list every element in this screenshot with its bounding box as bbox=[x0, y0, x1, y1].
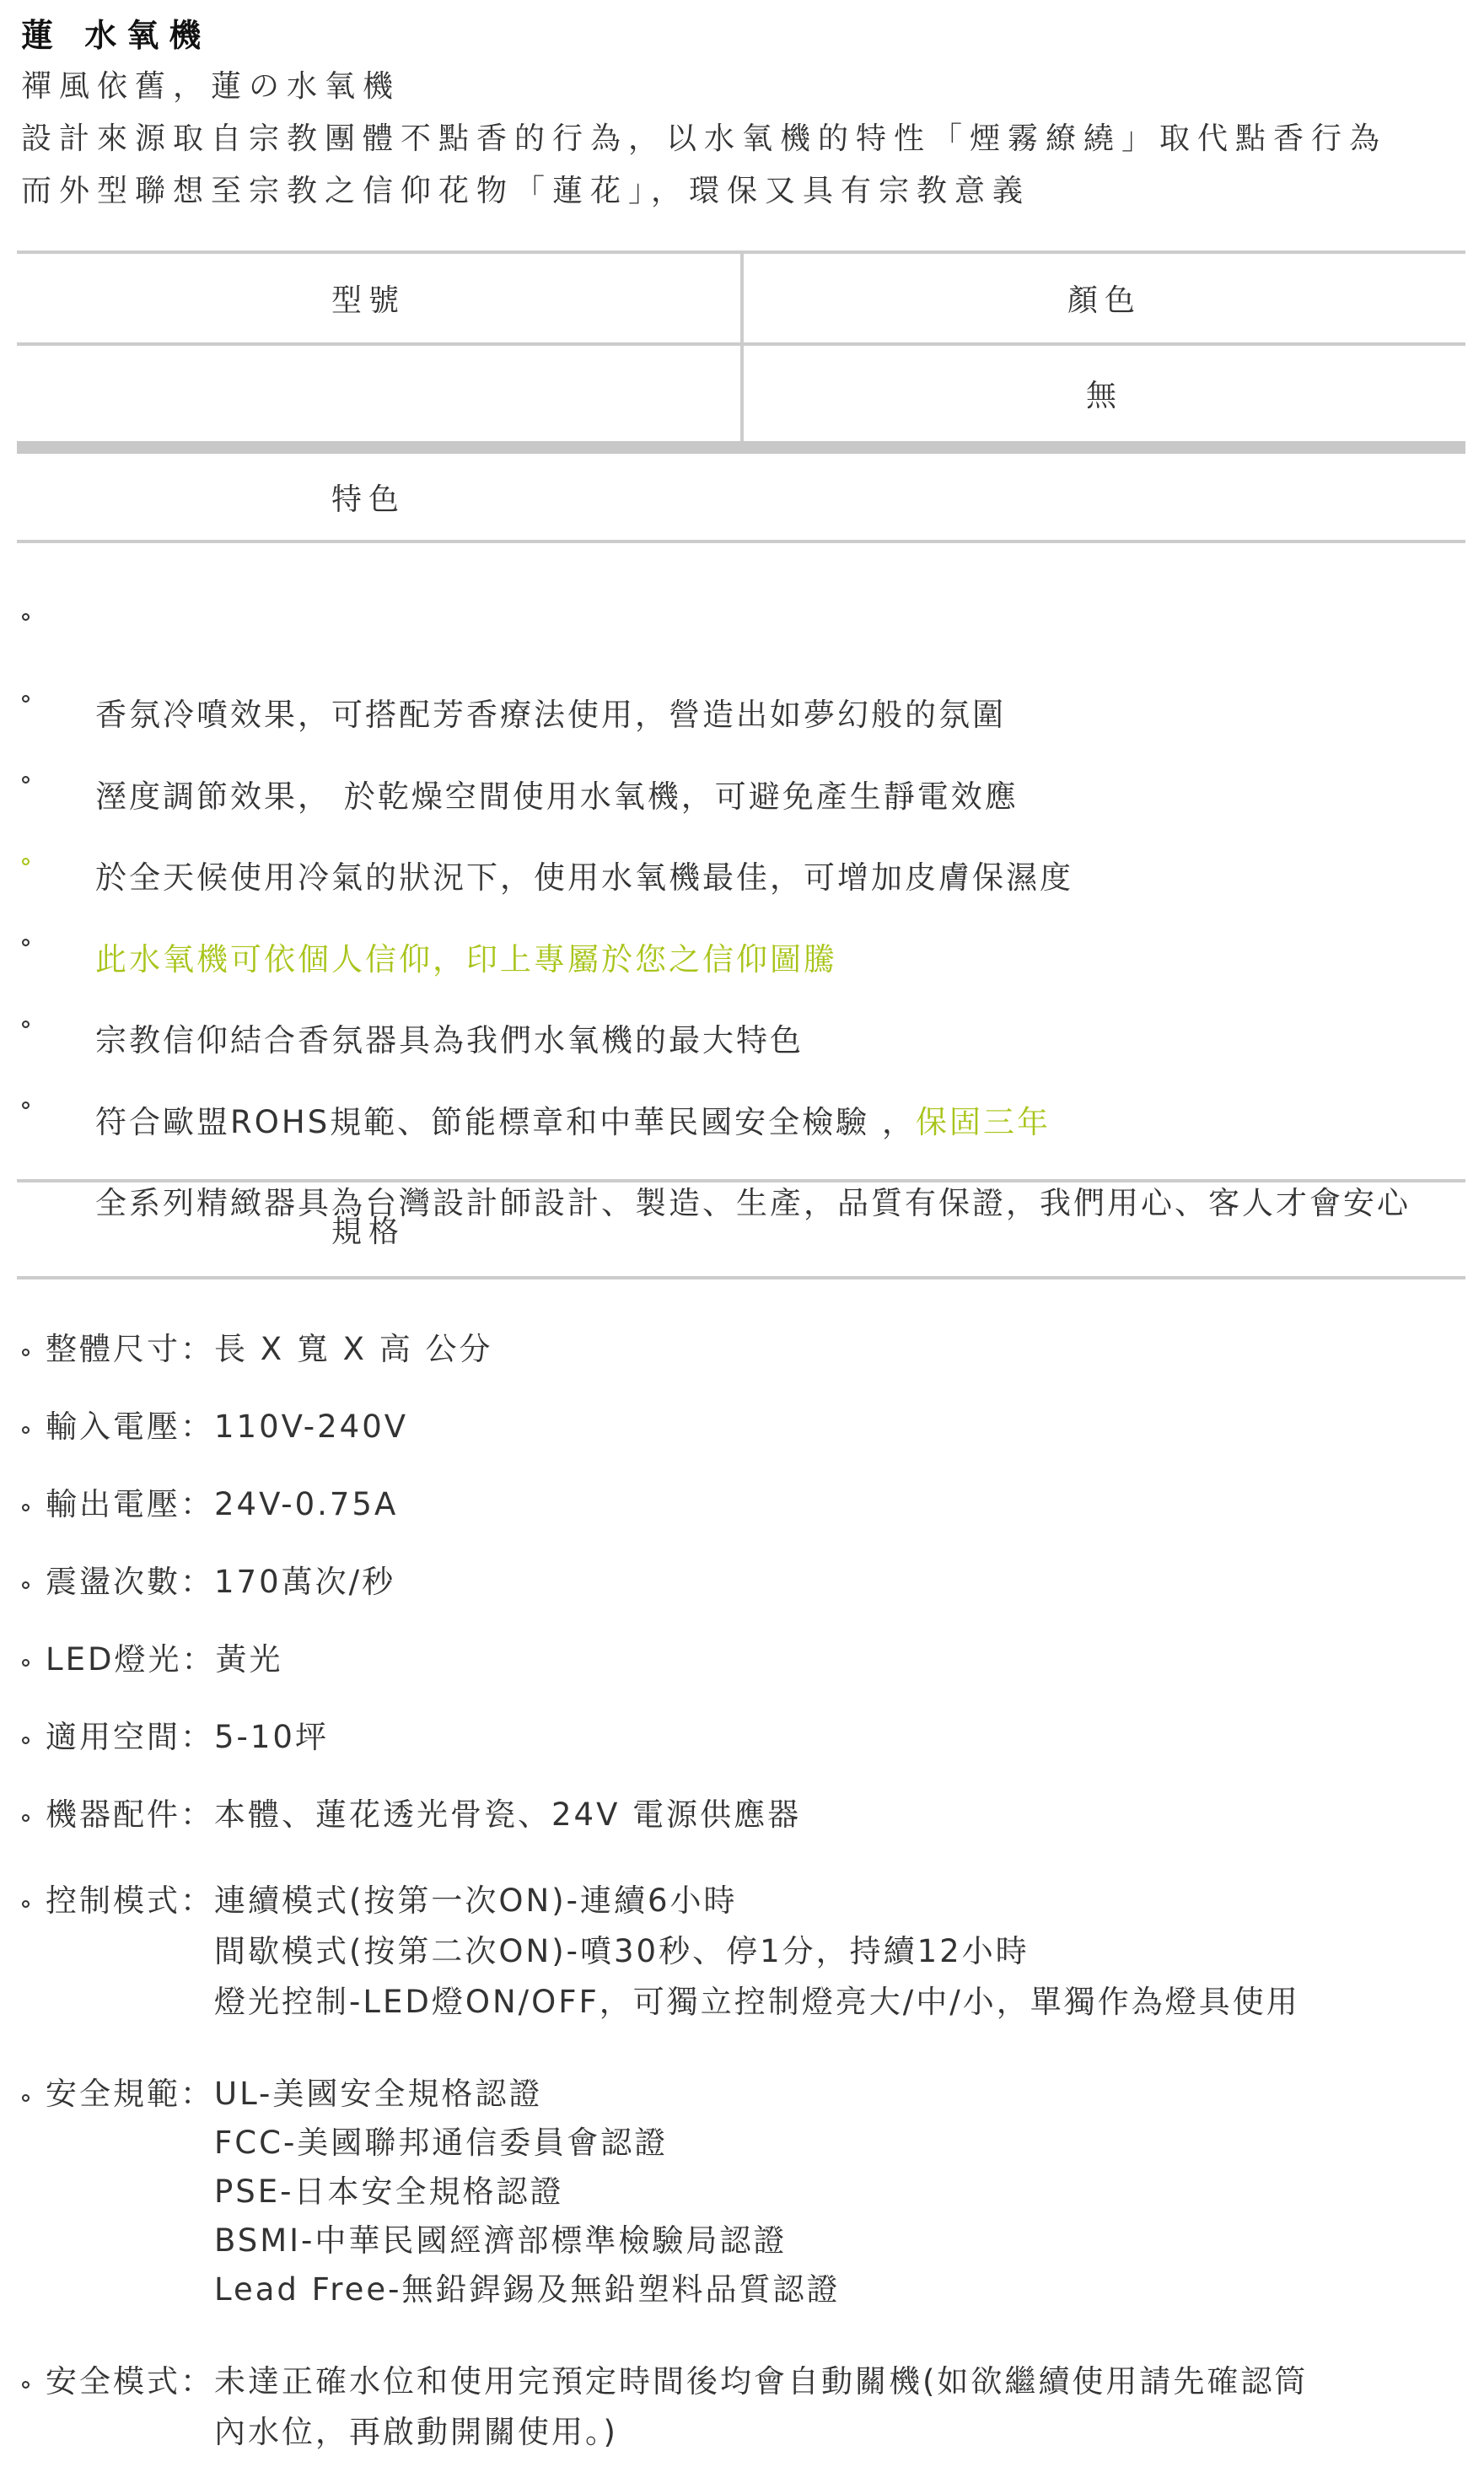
spec-item-accessories: 機器配件： 本體、蓮花透光骨瓷、24V 電源供應器 bbox=[17, 1790, 1465, 1840]
table-header-row: 型號 顏色 bbox=[17, 254, 1465, 342]
spec-value: 未達正確水位和使用完預定時間後均會自動關機(如欲繼續使用請先確認筒 bbox=[214, 2357, 1308, 2407]
feature-item: 於全天候使用冷氣的狀況下，使用水氧機最佳，可增加皮膚保濕度 bbox=[17, 751, 1465, 802]
bullet-icon bbox=[22, 1102, 30, 1109]
spec-label: 整體尺寸： bbox=[46, 1324, 214, 1375]
feature-item: 宗教信仰結合香氛器具為我們水氧機的最大特色 bbox=[17, 914, 1465, 965]
bullet-icon bbox=[22, 1426, 30, 1434]
spec-value: 燈光控制-LED燈ON/OFF，可獨立控制燈亮大/中/小，單獨作為燈具使用 bbox=[214, 1977, 1300, 2028]
spec-value: BSMI-中華民國經濟部標準檢驗局認證 bbox=[214, 2217, 841, 2265]
intro-line: 禪風依舊，蓮の水氧機 bbox=[21, 61, 1387, 113]
spec-item-control-mode: 控制模式： 連續模式(按第一次ON)-連續6小時 間歇模式(按第二次ON)-噴3… bbox=[17, 1876, 1465, 2028]
spec-label: 控制模式： bbox=[46, 1876, 214, 2028]
spec-value: 黃光 bbox=[215, 1635, 282, 1685]
bullet-icon bbox=[22, 2381, 30, 2389]
bullet-icon bbox=[22, 776, 30, 784]
bullet-icon bbox=[22, 1504, 30, 1511]
specs-heading: 規格 bbox=[17, 1182, 740, 1276]
variant-table: 型號 顏色 無 特色 bbox=[17, 250, 1465, 543]
bullet-icon bbox=[22, 1814, 30, 1822]
spec-value: PSE-日本安全規格認證 bbox=[214, 2168, 841, 2217]
section-separator-bar bbox=[17, 441, 1465, 454]
features-heading: 特色 bbox=[17, 454, 740, 540]
spec-label: 安全規範： bbox=[46, 2070, 214, 2314]
specs-heading-block: 規格 bbox=[17, 1179, 1465, 1279]
bullet-icon bbox=[22, 1021, 30, 1028]
spec-item-coverage: 適用空間： 5-10坪 bbox=[17, 1712, 1465, 1763]
specs-heading-row: 規格 bbox=[17, 1182, 1465, 1276]
feature-item: 香氛冷噴效果，可搭配芳香療法使用，營造出如夢幻般的氛圍 bbox=[17, 589, 1465, 639]
product-title: 蓮 水氧機 bbox=[21, 10, 211, 61]
features-heading-row: 特色 bbox=[17, 454, 1465, 540]
spec-item-oscillation: 震盪次數： 170萬次/秒 bbox=[17, 1557, 1465, 1608]
spec-value: 170萬次/秒 bbox=[214, 1557, 395, 1608]
header-color: 顏色 bbox=[744, 254, 1465, 342]
spec-label: 輸出電壓： bbox=[46, 1479, 214, 1530]
spec-label: 輸入電壓： bbox=[46, 1402, 214, 1452]
spec-item-safety-mode: 安全模式： 未達正確水位和使用完預定時間後均會自動關機(如欲繼續使用請先確認筒 … bbox=[17, 2357, 1465, 2458]
spec-value: UL-美國安全規格認證 bbox=[214, 2070, 841, 2119]
specs-list: 整體尺寸： 長 X 寬 X 高 公分 輸入電壓： 110V-240V 輸出電壓：… bbox=[17, 1324, 1465, 2464]
bullet-icon bbox=[22, 613, 30, 621]
bullet-icon bbox=[22, 695, 30, 703]
spec-value: 連續模式(按第一次ON)-連續6小時 bbox=[214, 1876, 1300, 1926]
spec-value: 5-10坪 bbox=[214, 1712, 329, 1763]
spec-label: 機器配件： bbox=[46, 1790, 214, 1840]
header-model: 型號 bbox=[17, 254, 740, 342]
intro-line: 設計來源取自宗教團體不點香的行為，以水氧機的特性「煙霧繚繞」取代點香行為 bbox=[21, 113, 1387, 165]
bullet-icon bbox=[22, 858, 30, 865]
cell-color: 無 bbox=[744, 346, 1465, 441]
spec-value: 長 X 寬 X 高 公分 bbox=[214, 1324, 493, 1375]
spec-value: Lead Free-無鉛銲錫及無鉛塑料品質認證 bbox=[214, 2265, 841, 2314]
spec-item-safety-certifications: 安全規範： UL-美國安全規格認證 FCC-美國聯邦通信委員會認證 PSE-日本… bbox=[17, 2070, 1465, 2314]
intro-line: 而外型聯想至宗教之信仰花物「蓮花」，環保又具有宗教意義 bbox=[21, 165, 1387, 218]
bullet-icon bbox=[22, 1737, 30, 1744]
spec-label: LED燈光： bbox=[46, 1635, 215, 1685]
feature-item: 符合歐盟ROHS規範、節能標章和中華民國安全檢驗 ，保固三年 bbox=[17, 996, 1465, 1047]
spec-item-led-light: LED燈光： 黃光 bbox=[17, 1635, 1465, 1685]
spec-label: 安全模式： bbox=[46, 2357, 214, 2458]
bullet-icon bbox=[22, 939, 30, 946]
feature-item-highlighted: 此水氧機可依個人信仰，印上專屬於您之信仰圖騰 bbox=[17, 833, 1465, 884]
spec-item-output-voltage: 輸出電壓： 24V-0.75A bbox=[17, 1479, 1465, 1530]
spec-label: 震盪次數： bbox=[46, 1557, 214, 1608]
bullet-icon bbox=[22, 1581, 30, 1589]
table-rule bbox=[17, 540, 1465, 543]
feature-item: 溼度調節效果， 於乾燥空間使用水氧機，可避免產生靜電效應 bbox=[17, 671, 1465, 721]
spec-item-dimensions: 整體尺寸： 長 X 寬 X 高 公分 bbox=[17, 1324, 1465, 1375]
spec-value: 110V-240V bbox=[214, 1402, 408, 1452]
spec-value: 本體、蓮花透光骨瓷、24V 電源供應器 bbox=[214, 1790, 801, 1840]
bullet-icon bbox=[22, 1349, 30, 1356]
bullet-icon bbox=[22, 1900, 30, 1908]
spec-item-input-voltage: 輸入電壓： 110V-240V bbox=[17, 1402, 1465, 1452]
cell-model bbox=[17, 346, 740, 441]
bullet-icon bbox=[22, 1659, 30, 1667]
spec-value: FCC-美國聯邦通信委員會認證 bbox=[214, 2119, 841, 2168]
spec-label: 適用空間： bbox=[46, 1712, 214, 1763]
table-rule bbox=[17, 1276, 1465, 1279]
spec-value: 24V-0.75A bbox=[214, 1479, 398, 1530]
table-row: 無 bbox=[17, 346, 1465, 441]
features-list: 香氛冷噴效果，可搭配芳香療法使用，營造出如夢幻般的氛圍 溼度調節效果， 於乾燥空… bbox=[17, 589, 1465, 1128]
spec-value: 間歇模式(按第二次ON)-噴30秒、停1分，持續12小時 bbox=[214, 1926, 1300, 1977]
bullet-icon bbox=[22, 2094, 30, 2102]
feature-item: 全系列精緻器具為台灣設計師設計、製造、生產，品質有保證，我們用心、客人才會安心 bbox=[17, 1077, 1465, 1128]
spec-value: 內水位，再啟動開關使用。) bbox=[214, 2407, 1308, 2458]
product-intro: 禪風依舊，蓮の水氧機 設計來源取自宗教團體不點香的行為，以水氧機的特性「煙霧繚繞… bbox=[21, 61, 1387, 218]
